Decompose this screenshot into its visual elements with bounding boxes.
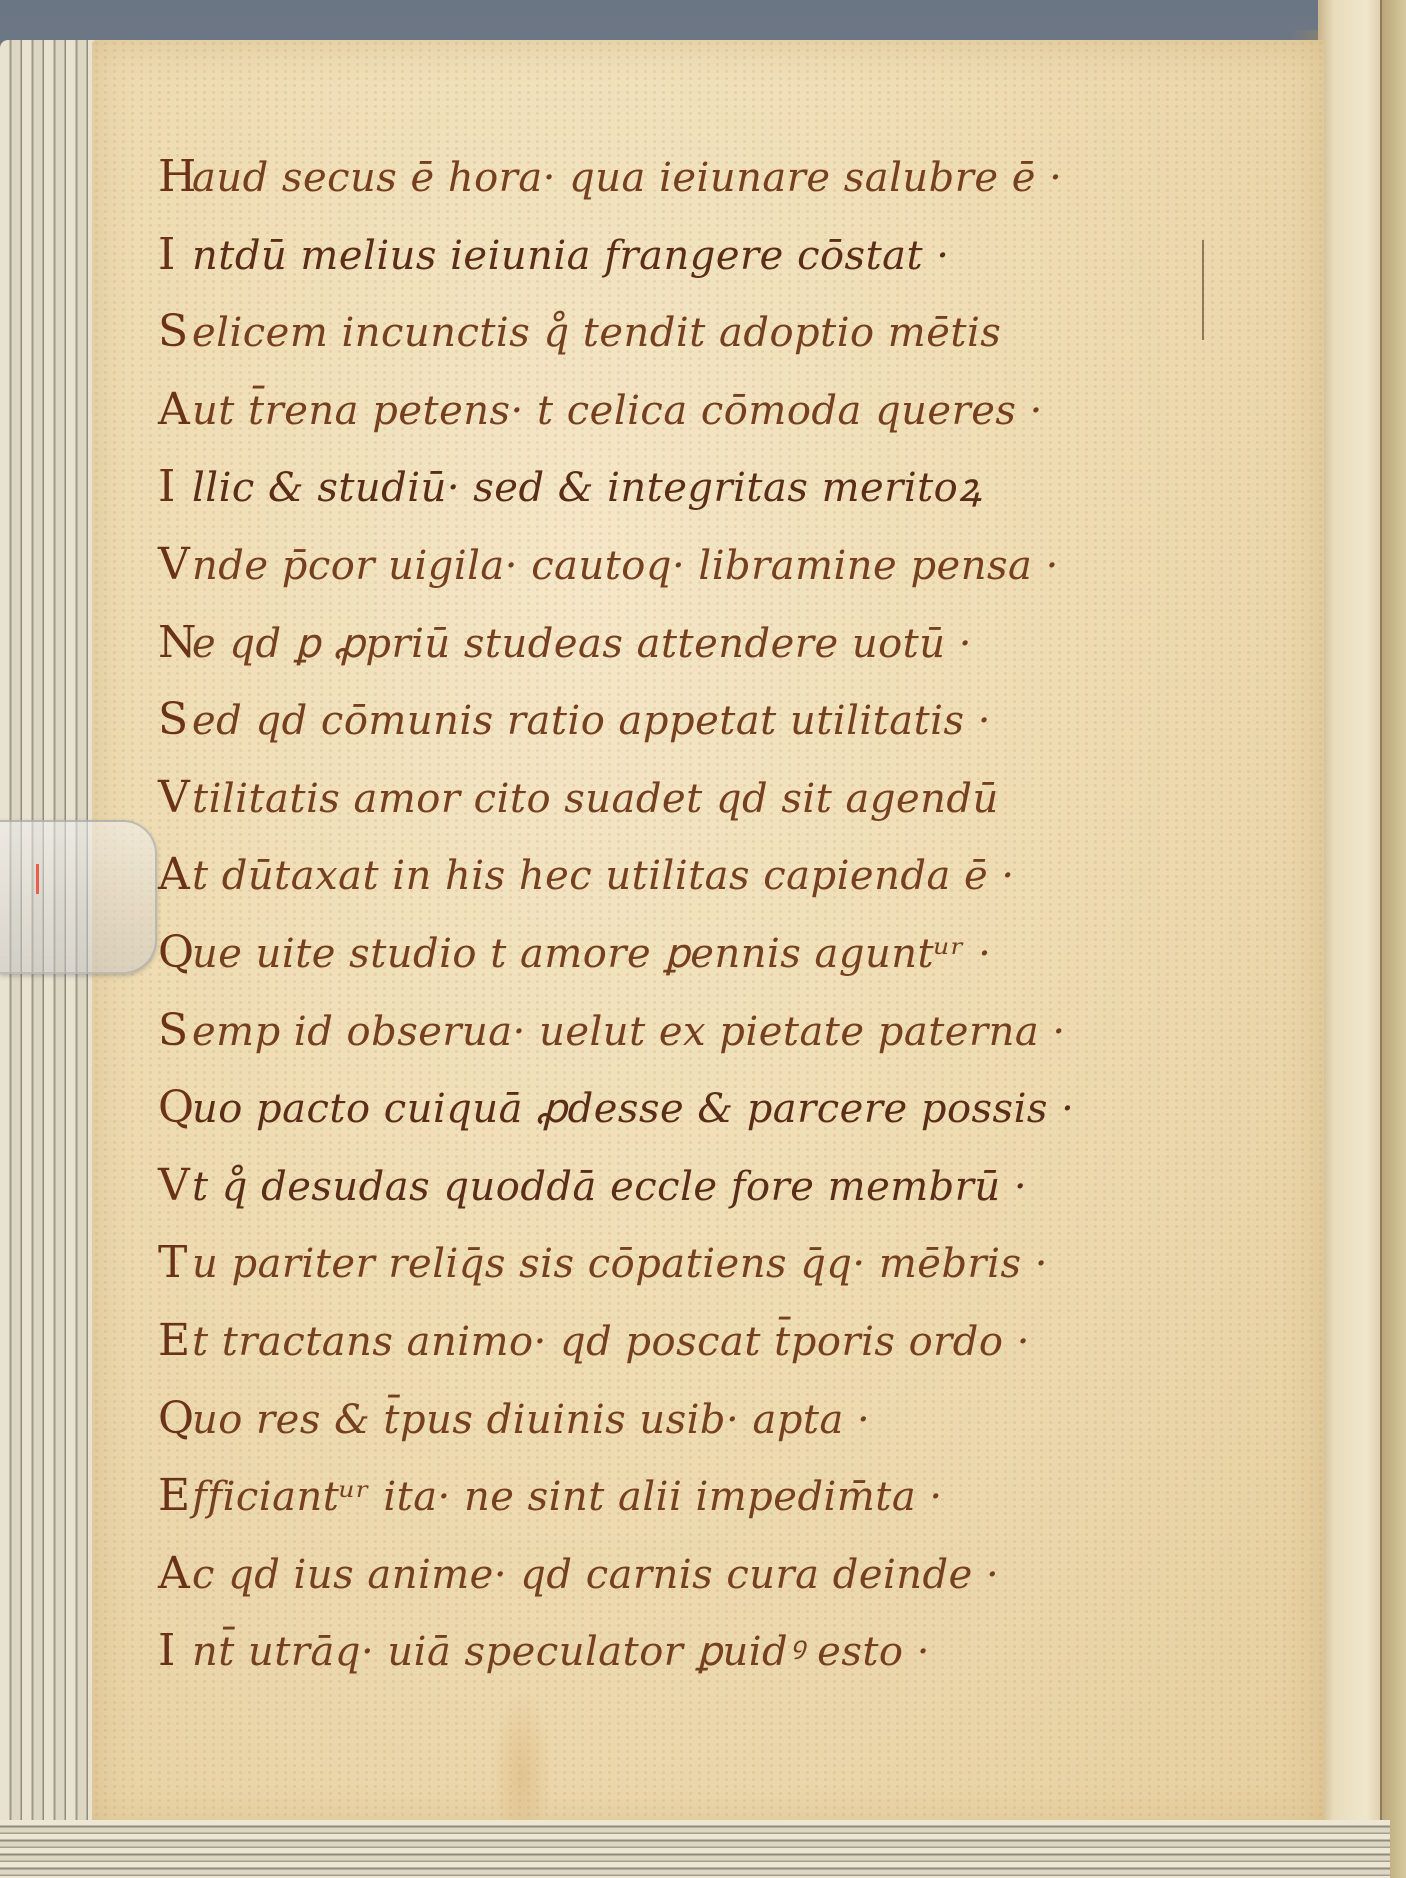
line-text: eliceт incunctis q̊ tendit adoptio mētis (192, 310, 1001, 356)
line-text: ntdū melius ieiunia frangere cōstat · (192, 233, 950, 279)
line-text: nt̄ utrāq· uiā speculator ꝑuidꝰ esto · (192, 1629, 930, 1675)
line-initial: E (158, 1302, 192, 1380)
verse-line: Intdū melius ieiunia frangere cōstat · (158, 216, 1308, 294)
line-initial: H (158, 138, 192, 216)
line-initial: T (158, 1224, 192, 1302)
line-text: t dūtaxat in his hec utilitas capienda ē… (192, 853, 1015, 899)
line-text: ue uite studio t amore ꝑennis aguntᵘʳ · (192, 931, 991, 977)
line-text: ut t̄rena petens· t celica cōmoda queres… (192, 388, 1043, 434)
line-text: c qd ius anime· qd carnis cura deinde · (192, 1552, 999, 1598)
verse-line: Aut t̄rena petens· t celica cōmoda quere… (158, 371, 1308, 449)
line-initial: I (158, 448, 192, 526)
line-text: emp id obserua· uelut ex pietate paterna… (192, 1009, 1066, 1055)
line-text: llic & studiū· sed & integritas meritoꝝ (192, 465, 982, 511)
verse-line: Et tractans animo· qd poscat t̄poris ord… (158, 1302, 1308, 1380)
line-text: u pariter reliq̄s sis cōpatiens q̄q· mēb… (192, 1241, 1048, 1287)
manuscript-text-block: Haud secus ē hora· qua ieiunare salubre … (158, 138, 1308, 1690)
binding-edge (1380, 0, 1406, 1878)
line-initial: A (158, 1535, 192, 1613)
verse-line: Quo res & t̄pus diuinis usib· apta · (158, 1380, 1308, 1458)
line-initial: V (158, 759, 192, 837)
line-text: aud secus ē hora· qua ieiunare salubre ē… (192, 155, 1062, 201)
verse-line: Int̄ utrāq· uiā speculator ꝑuidꝰ esto · (158, 1612, 1308, 1690)
water-stain (492, 1690, 552, 1830)
line-initial: A (158, 836, 192, 914)
verse-line: Tu pariter reliq̄s sis cōpatiens q̄q· mē… (158, 1224, 1308, 1302)
line-initial: N (158, 604, 192, 682)
line-text: uo pacto cuiquā ꝓdesse & parcere possis … (192, 1086, 1074, 1132)
verse-line: Quo pacto cuiquā ꝓdesse & parcere possis… (158, 1069, 1308, 1147)
line-initial: Q (158, 1069, 192, 1147)
photo-background: Haud secus ē hora· qua ieiunare salubre … (0, 0, 1406, 1878)
line-initial: V (158, 526, 192, 604)
verse-line: Illic & studiū· sed & integritas meritoꝝ (158, 448, 1308, 526)
verse-line: At dūtaxat in his hec utilitas capienda … (158, 836, 1308, 914)
line-text: ed qd cōmunis ratio appetat utilitatis · (192, 698, 991, 744)
line-text: e qd ꝑ ꝓpriū studeas attendere uotū · (192, 621, 972, 667)
line-initial: Q (158, 914, 192, 992)
verse-line: Vnde p̄cor uigila· cautoq· libramine pen… (158, 526, 1308, 604)
line-initial: E (158, 1457, 192, 1535)
stacked-page-edges-bottom (0, 1820, 1390, 1878)
verse-line: Semp id obserua· uelut ex pietate patern… (158, 992, 1308, 1070)
line-text: uo res & t̄pus diuinis usib· apta · (192, 1397, 870, 1443)
verse-line: Ne qd ꝑ ꝓpriū studeas attendere uotū · (158, 604, 1308, 682)
line-initial: I (158, 1612, 192, 1690)
line-text: nde p̄cor uigila· cautoq· libramine pens… (192, 543, 1059, 589)
verse-line: Seliceт incunctis q̊ tendit adoptio mēti… (158, 293, 1308, 371)
line-initial: S (158, 681, 192, 759)
parchment-leaf: Haud secus ē hora· qua ieiunare salubre … (92, 40, 1324, 1830)
verse-line: Efficiantᵘʳ ita· ne sint alii impedim̄ta… (158, 1457, 1308, 1535)
line-text: tilitatis amor cito suadet qd sit agendū (192, 776, 999, 822)
line-initial: S (158, 293, 192, 371)
line-text: fficiantᵘʳ ita· ne sint alii impedim̄ta … (192, 1474, 943, 1520)
plastic-page-clip (0, 820, 157, 974)
verse-line: Sed qd cōmunis ratio appetat utilitatis … (158, 681, 1308, 759)
verse-line: Vtilitatis amor cito suadet qd sit agend… (158, 759, 1308, 837)
line-initial: I (158, 216, 192, 294)
verse-line: Haud secus ē hora· qua ieiunare salubre … (158, 138, 1308, 216)
line-initial: A (158, 371, 192, 449)
clip-red-mark (36, 864, 39, 894)
line-initial: S (158, 992, 192, 1070)
line-initial: Q (158, 1380, 192, 1458)
verse-line: Que uite studio t amore ꝑennis aguntᵘʳ · (158, 914, 1308, 992)
line-text: t tractans animo· qd poscat t̄poris ordo… (192, 1319, 1030, 1365)
line-text: t q̊ desudas quoddā eccle fore membrū · (192, 1164, 1027, 1210)
line-initial: V (158, 1147, 192, 1225)
verse-line: Ac qd ius anime· qd carnis cura deinde · (158, 1535, 1308, 1613)
verse-line: Vt q̊ desudas quoddā eccle fore membrū · (158, 1147, 1308, 1225)
